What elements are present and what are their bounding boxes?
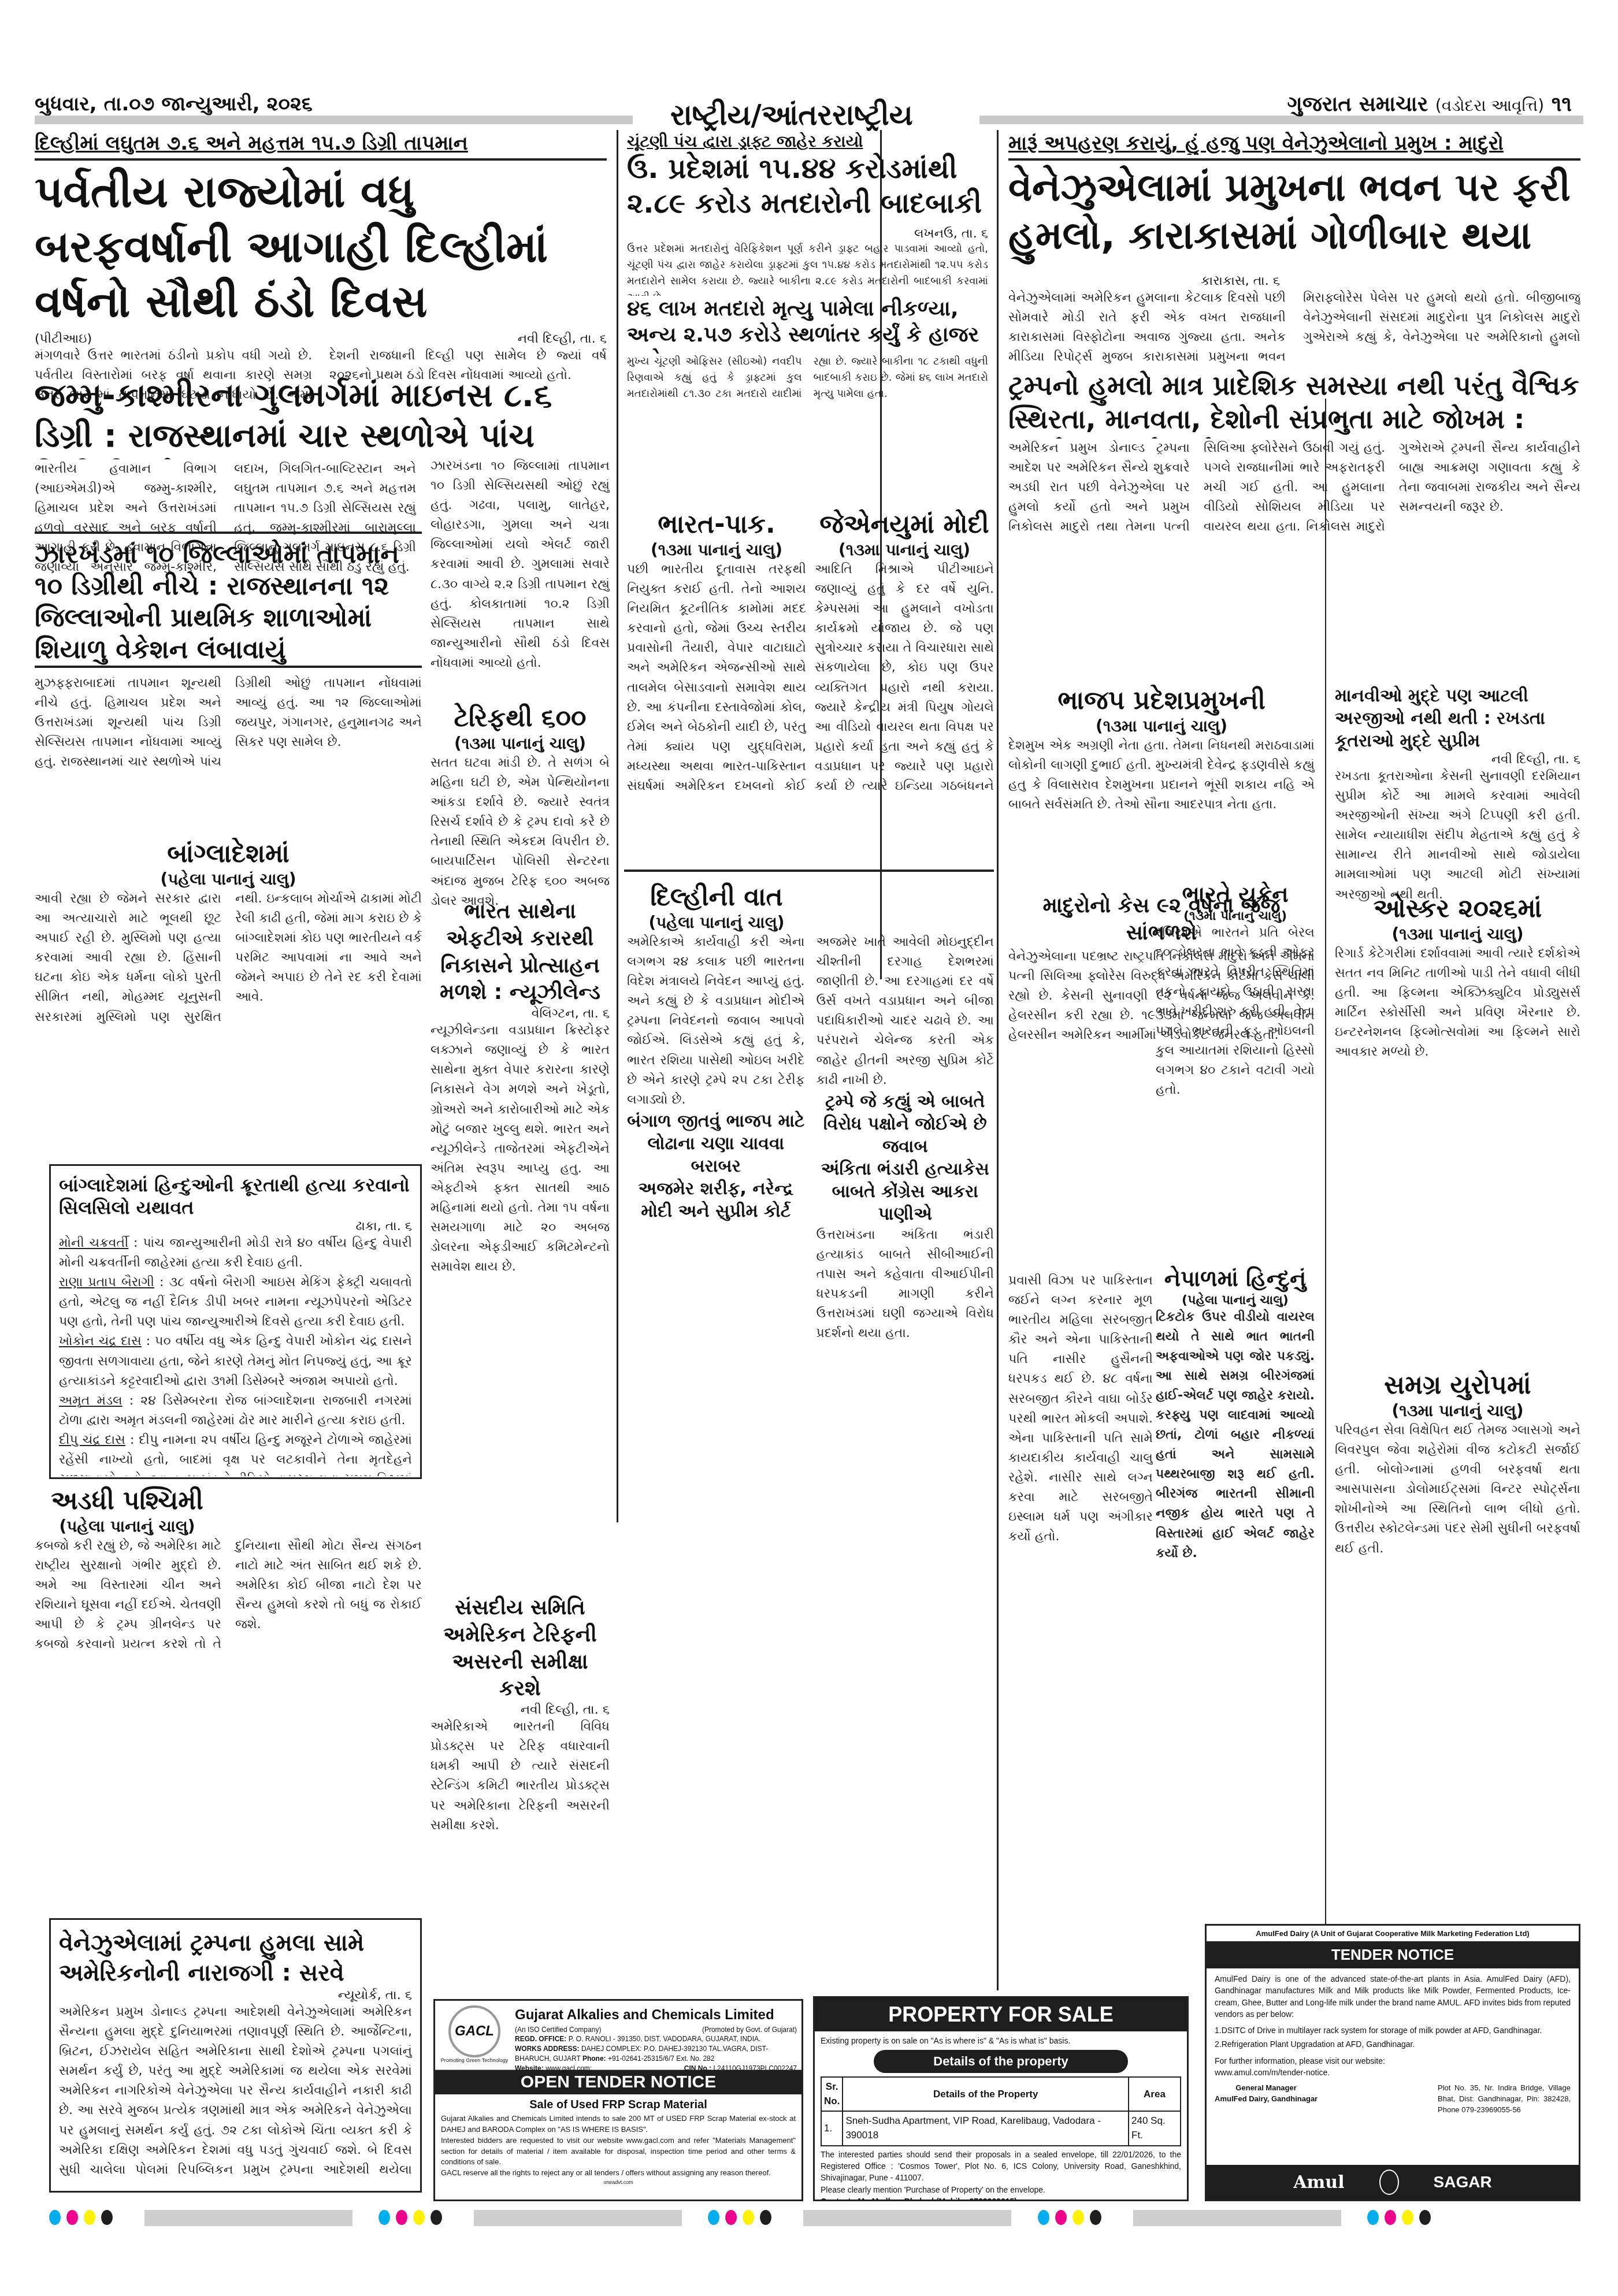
entry-name: દીપુ ચંદ્ર દાસ bbox=[59, 1433, 125, 1447]
paper-name: ગુજરાત સમાચાર bbox=[1287, 92, 1428, 116]
yellow-dot bbox=[413, 2210, 425, 2225]
yellow-dot bbox=[1402, 2210, 1413, 2225]
article-half-west: અડધી પશ્ચિમી (પહેલા પાનાનું ચાલુ) કબજો ક… bbox=[35, 1485, 422, 1964]
headline: વેનેઝુએલામાં પ્રમુખના ભવન પર ફરી હુમલો, … bbox=[1008, 164, 1580, 274]
headline: પર્વતીય રાજ્યોમાં વધુ બરફવર્ષાની આગાહી દ… bbox=[35, 164, 607, 332]
article-body: આવી રહ્યા છે જેમને સરકાર દ્વારા આ અત્યાચ… bbox=[35, 889, 422, 1132]
continued-label: (૧૩મા પાનાનું ચાલુ) bbox=[815, 540, 994, 560]
headline: જમ્મુ-કાશ્મીરના ગુલમર્ગમાં માઇનસ ૮.૬ ડિગ… bbox=[35, 376, 607, 459]
ad-property-sale: PROPERTY FOR SALE Existing property is o… bbox=[813, 1996, 1189, 2201]
headline: ઉ. પ્રદેશમાં ૧૫.૪૪ કરોડમાંથી ૨.૮૯ કરોડ મ… bbox=[627, 151, 988, 226]
article-parliament: સંસદીય સમિતિ અમેરિકન ટેરિફની અસરની સમીક્… bbox=[431, 1595, 610, 2035]
edition: (વડોદરા આવૃત્તિ) bbox=[1435, 96, 1544, 115]
headline: અડધી પશ્ચિમી bbox=[35, 1485, 220, 1517]
black-dot bbox=[760, 2210, 771, 2225]
dateline: નવી દિલ્હી, તા. ૬ bbox=[1335, 752, 1580, 767]
article-ukraine: ભારતે યુક્રેન (૧૩મા પાનાનું ચાલુ) રશિયાએ… bbox=[1156, 881, 1315, 1247]
website-link[interactable]: www.gacl.com; bbox=[545, 2064, 592, 2072]
article-jnu: જેએનયુમાં મોદી (૧૩મા પાનાનું ચાલુ) આદિતિ… bbox=[815, 508, 994, 797]
article-body: વેનેઝુએલામાં અમેરિકન હુમલાના કેટલાક દિવસ… bbox=[1008, 288, 1580, 369]
continued-label: (૧૩મા પાનાનું ચાલુ) bbox=[1335, 924, 1580, 944]
cell-details: Sneh-Sudha Apartment, VIP Road, Kareliba… bbox=[843, 2111, 1129, 2145]
entries-list: મોની ચક્રવર્તી : પાંચ જાન્યુઆરીની મોડી ર… bbox=[59, 1234, 412, 1476]
article-europe: સમગ્ર યુરોપમાં (૧૩મા પાનાનું ચાલુ) પરિવહ… bbox=[1335, 1369, 1580, 1941]
grey-bar bbox=[803, 2210, 1011, 2226]
headline: ભારત સાથેના એફટીએ કરારથી નિકાસને પ્રોત્સ… bbox=[431, 898, 610, 1006]
dateline: લખનઉ, તા. ૬ bbox=[627, 226, 988, 241]
regd-label: REGD. OFFICE: bbox=[515, 2035, 566, 2043]
signatory-title: General Manager bbox=[1215, 2083, 1318, 2094]
details-pill: Details of the property bbox=[874, 2050, 1128, 2073]
gacl-logo: GACL Promoting Green Technology bbox=[440, 2005, 509, 2065]
magenta-dot bbox=[396, 2210, 407, 2225]
yellow-dot bbox=[84, 2210, 95, 2225]
headline: બાંગ્લાદેશમાં હિન્દુઓની ક્રૂરતાથી હત્યા … bbox=[59, 1174, 412, 1219]
entry-name: અમૃત મંડલ bbox=[59, 1394, 123, 1408]
more-info: For further information, please visit ou… bbox=[1215, 2055, 1571, 2067]
ad-amul-tender: AmulFed Dairy (A Unit of Gujarat Coopera… bbox=[1205, 1924, 1580, 2201]
company-name: Gujarat Alkalies and Chemicals Limited bbox=[515, 2005, 797, 2025]
contact-line: Contact - Mr. Madhav Bhabad (Mobile: 976… bbox=[821, 2195, 1181, 2201]
article-venezuela: મારૂં અપહરણ કરાયું, હું હજુ પણ વેનેઝુએલા… bbox=[1008, 132, 1580, 681]
phone-label: Phone: bbox=[582, 2054, 606, 2063]
article-up-voters: ચૂંટણી પંચ દ્વારા ડ્રાફ્ટ જાહેર કરાયો ઉ.… bbox=[627, 132, 988, 452]
dateline: ઢાકા, તા. ૬ bbox=[59, 1219, 412, 1234]
article-oscar: ઓસ્કર ૨૦૨૬માં (૧૩મા પાનાનું ચાલુ) રિગાર્… bbox=[1335, 893, 1580, 1406]
headline: ટેરિફથી ૬૦૦ bbox=[431, 702, 610, 734]
cyan-dot bbox=[1038, 2210, 1049, 2225]
article-india-pak: ભારત-પાક. (૧૩મા પાનાનું ચાલુ) પછી ભારતીય… bbox=[627, 508, 806, 797]
headline: સંસદીય સમિતિ અમેરિકન ટેરિફની અસરની સમીક્… bbox=[431, 1595, 610, 1703]
ad-paragraph: GACL reserve all the rights to reject an… bbox=[441, 2168, 796, 2179]
amul-logo: Amul bbox=[1293, 2172, 1344, 2193]
tender-banner: OPEN TENDER NOTICE bbox=[435, 2070, 801, 2094]
article-body: અમેરિકાએ કાર્યવાહી કરી એના લગભગ ૨૪ કલાક … bbox=[627, 932, 805, 1110]
page-number: ૧૧ bbox=[1552, 92, 1572, 116]
rule bbox=[624, 870, 994, 872]
continued-label: (પહેલા પાનાનું ચાલુ) bbox=[1156, 1293, 1315, 1307]
sagar-logo: SAGAR bbox=[1434, 2173, 1492, 2191]
ad-subtitle: Sale of Used FRP Scrap Material bbox=[441, 2097, 796, 2113]
cin-label: CIN No.: bbox=[684, 2064, 711, 2072]
cell-sr: 1. bbox=[821, 2111, 843, 2145]
ad-paragraph: Please clearly mention 'Purchase of Prop… bbox=[821, 2184, 1181, 2195]
kicker: દિલ્હીમાં લઘુતમ ૭.૬ અને મહત્તમ ૧૫.૭ ડિગ્… bbox=[35, 132, 607, 155]
works-label: WORKS ADDRESS: bbox=[515, 2045, 580, 2053]
entry: ખોકોન ચંદ્ર દાસ : ૫૦ વર્ષીય વધુ એક હિન્દ… bbox=[59, 1332, 412, 1391]
column-rule bbox=[617, 130, 618, 1522]
article-jharkhand: ઝારખંડમાં ૧૦ જિલ્લાઓમાં તાપમાન ૧૦ ડિગ્રી… bbox=[35, 532, 422, 824]
article-body: રશિયાએ ભારતને પ્રતિ બેરલ ૬૦ ડોલરના ભાવે … bbox=[1156, 923, 1315, 1247]
dateline: વેલિંગ્ટન, તા. ૬ bbox=[431, 1006, 610, 1021]
table-row: 1. Sneh-Sudha Apartment, VIP Road, Karel… bbox=[821, 2111, 1181, 2145]
article-nepal: નેપાળમાં હિન્દુનું (પહેલા પાનાનું ચાલુ) … bbox=[1156, 1265, 1315, 1931]
ad-body: Existing property is on sale on "As is w… bbox=[815, 2031, 1187, 2201]
article-body: ઉત્તરાખંડના અંકિતા ભંડારી હત્યાકાંડ બાબત… bbox=[817, 1225, 994, 1344]
subhead: અજમેર શરીફ, નરેન્દ્ર મોદી અને સુપ્રીમ કો… bbox=[627, 1177, 805, 1223]
property-table: Sr. No. Details of the Property Area 1. … bbox=[821, 2076, 1181, 2146]
regd-address: P. O. RANOLI - 391350, DIST. VADODARA, G… bbox=[569, 2035, 761, 2043]
table-header-row: Sr. No. Details of the Property Area bbox=[821, 2077, 1181, 2111]
entry-name: મોની ચક્રવર્તી bbox=[59, 1236, 128, 1250]
grey-bar bbox=[144, 2210, 352, 2226]
ad-header: GACL Promoting Green Technology Gujarat … bbox=[435, 2001, 801, 2070]
rule bbox=[35, 666, 422, 668]
ad-paragraph: The interested parties should send their… bbox=[821, 2149, 1181, 2184]
company-info: Gujarat Alkalies and Chemicals Limited (… bbox=[509, 2005, 797, 2065]
black-dot bbox=[1419, 2210, 1431, 2225]
article-jharkhand-side: ઝારખંડના ૧૦ જિલ્લામાં તાપમાન ૧૦ ડિગ્રી સ… bbox=[431, 456, 610, 676]
headline: નેપાળમાં હિન્દુનું bbox=[1156, 1265, 1315, 1293]
cin: L24110GJ1973PLC002247 bbox=[713, 2064, 797, 2072]
tender-banner: TENDER NOTICE bbox=[1207, 1941, 1579, 1968]
magenta-dot bbox=[1055, 2210, 1067, 2225]
tender-item: 2.Refrigeration Plant Upgradation at AFD… bbox=[1215, 2038, 1571, 2050]
paper-identity: ગુજરાત સમાચાર (વડોદરા આવૃત્તિ) ૧૧ bbox=[1287, 92, 1572, 117]
rule bbox=[1008, 158, 1580, 161]
rule bbox=[35, 158, 607, 161]
entry-name: ખોકોન ચંદ્ર દાસ bbox=[59, 1334, 142, 1348]
agency-credit: oneadvt.com bbox=[441, 2179, 796, 2186]
cell-area: 240 Sq. Ft. bbox=[1129, 2111, 1181, 2145]
cyan-dot bbox=[378, 2210, 390, 2225]
subheadline: ટ્રમ્પનો હુમલો માત્ર પ્રાદેશિક સમસ્યા નથ… bbox=[1008, 369, 1580, 439]
gacl-logo-icon: GACL bbox=[448, 2005, 500, 2057]
cyan-dot bbox=[1367, 2210, 1379, 2225]
tender-url[interactable]: www.amul.com/m/tender-notice. bbox=[1215, 2067, 1571, 2078]
dateline: નવી દિલ્હી, તા. ૬ bbox=[518, 332, 607, 346]
subheadline: ૪૬ લાખ મતદારો મૃત્યુ પામેલા નીકળ્યા, અન્… bbox=[627, 296, 988, 354]
phone: +91-02641-25315/6/7 Ext. No. 282 bbox=[608, 2054, 714, 2063]
article-body: મુખ્ય ચૂંટણી ઓફિસર (સીઇઓ) નવદીપ રિણવાએ ક… bbox=[627, 354, 988, 452]
article-body: મુઝફ્ફરાબાદમાં તાપમાન શૂન્યથી નીચે હતું.… bbox=[35, 674, 422, 824]
print-registration-marks bbox=[49, 2210, 1580, 2227]
issue-date: બુધવાર, તા.૦૭ જાન્યુઆરી, ૨૦૨૬ bbox=[35, 92, 313, 116]
property-banner: PROPERTY FOR SALE bbox=[815, 1998, 1187, 2031]
entry: અમૃત મંડલ : ૨૪ ડિસેમ્બરના રોજ બાંગ્લાદેશ… bbox=[59, 1391, 412, 1431]
emblem-icon bbox=[1379, 2169, 1399, 2195]
kicker: ચૂંટણી પંચ દ્વારા ડ્રાફ્ટ જાહેર કરાયો bbox=[627, 132, 988, 151]
yellow-dot bbox=[743, 2210, 754, 2225]
entry: મોની ચક્રવર્તી : પાંચ જાન્યુઆરીની મોડી ર… bbox=[59, 1234, 412, 1273]
subhead: અંકિતા ભંડારી હત્યાકેસ બાબતે કોંગ્રેસ આક… bbox=[817, 1158, 994, 1225]
article-sarabjit: પ્રવાસી વિઝા પર પાકિસ્તાન જઈને લગ્ન કરના… bbox=[1008, 1271, 1153, 1907]
black-dot bbox=[431, 2210, 442, 2225]
magenta-dot bbox=[725, 2210, 737, 2225]
article-bjp-chief: ભાજપ પ્રદેશપ્રમુખની (૧૩મા પાનાનું ચાલુ) … bbox=[1008, 685, 1315, 880]
article-body: ન્યૂઝીલેન્ડના વડાપ્રધાન ક્રિસ્ટોફર લક્ઝા… bbox=[431, 1021, 610, 1500]
article-body: અમેરિકાએ ભારતની વિવિધ પ્રોડક્ટ્સ પર ટેરિ… bbox=[431, 1717, 610, 2035]
masthead-bar-right bbox=[979, 116, 1583, 124]
magenta-dot bbox=[1385, 2210, 1396, 2225]
article-body: કબજો કરી રહ્યું છે, જે અમેરિકા માટે રાષ્… bbox=[35, 1536, 422, 1964]
ad-intro: Existing property is on sale on "As is w… bbox=[821, 2035, 1181, 2046]
boxed-article-survey: વેનેઝુએલામાં ટ્રમ્પના હુમલા સામે અમેરિકન… bbox=[49, 1918, 422, 2193]
continued-label: (પહેલા પાનાનું ચાલુ) bbox=[627, 913, 806, 932]
subhead: બંગાળ જીતવું ભાજપ માટે લોઢાના ચણા ચાવવા … bbox=[627, 1110, 805, 1177]
ad-gacl-tender: GACL Promoting Green Technology Gujarat … bbox=[433, 1999, 803, 2201]
article-bangladesh-cont: બાંગ્લાદેશમાં (પહેલા પાનાનું ચાલુ) આવી ર… bbox=[35, 838, 422, 1132]
ad-body: Sale of Used FRP Scrap Material Gujarat … bbox=[435, 2094, 801, 2189]
headline: ભારત-પાક. bbox=[627, 508, 806, 540]
headline: ઓસ્કર ૨૦૨૬માં bbox=[1335, 893, 1580, 924]
article-body: પછી ભારતીય દૂતાવાસ તરફથી નિયુક્ત કરાઈ હત… bbox=[627, 560, 806, 797]
ad-paragraph: Interested bidders are requested to visi… bbox=[441, 2135, 796, 2168]
article-body: પરિવહન સેવા વિક્ષેપિત થઈ તેમજ ગ્લાસગો અન… bbox=[1335, 1421, 1580, 1941]
address: Plot No. 35, Nr. Indira Bridge, Village … bbox=[1438, 2083, 1571, 2116]
black-dot bbox=[101, 2210, 113, 2225]
column-rule bbox=[997, 130, 999, 1990]
article-body: ઝારખંડના ૧૦ જિલ્લામાં તાપમાન ૧૦ ડિગ્રી સ… bbox=[431, 456, 610, 676]
article-body: ઉત્તર પ્રદેશમાં મતદારોનું વેરિફિકેશન પૂર… bbox=[627, 241, 988, 296]
logo-tagline: Promoting Green Technology bbox=[440, 2057, 509, 2063]
tender-item: 1.DSITC of Drive in multilayer rack syst… bbox=[1215, 2024, 1571, 2036]
col-header: Area bbox=[1129, 2077, 1181, 2111]
article-columns: અમેરિકાએ કાર્યવાહી કરી એના લગભગ ૨૪ કલાક … bbox=[627, 932, 994, 1747]
entry: દીપુ ચંદ્ર દાસ : દીપુ નામના ૨૫ વર્ષીય હિ… bbox=[59, 1431, 412, 1476]
ad-paragraph: Gujarat Alkalies and Chemicals Limited i… bbox=[441, 2113, 796, 2135]
headline: બાંગ્લાદેશમાં bbox=[35, 838, 422, 870]
headline: ભાજપ પ્રદેશપ્રમુખની bbox=[1008, 685, 1315, 716]
section-title: રાષ્ટ્રીય/આંતરરાષ્ટ્રીય bbox=[670, 98, 913, 132]
article-supreme-court: માનવીઓ મુદ્દે પણ આટલી અરજીઓ નથી થતી : રખ… bbox=[1335, 685, 1580, 928]
cyan-dot bbox=[708, 2210, 719, 2225]
continued-label: (૧૩મા પાનાનું ચાલુ) bbox=[431, 734, 610, 753]
article-body: રિગાર્ડ કેટેગરીમાં દર્શાવવામાં આવી ત્યાર… bbox=[1335, 944, 1580, 1406]
headline: ઝારખંડમાં ૧૦ જિલ્લાઓમાં તાપમાન ૧૦ ડિગ્રી… bbox=[35, 538, 422, 666]
entry-name: રાણા પ્રતાપ બૈરાગી bbox=[59, 1275, 154, 1290]
entry: રાણા પ્રતાપ બૈરાગી : ૩૮ વર્ષનો બૈરાગી આઇ… bbox=[59, 1273, 412, 1332]
byline: (પીટીઆઇ) નવી દિલ્હી, તા. ૬ bbox=[35, 332, 607, 346]
headline: ભારતે યુક્રેન bbox=[1156, 881, 1315, 909]
yellow-dot bbox=[1073, 2210, 1084, 2225]
ad-paragraph: AmulFed Dairy is one of the advanced sta… bbox=[1215, 1973, 1571, 2020]
continued-label: (પહેલા પાનાનું ચાલુ) bbox=[35, 1517, 220, 1536]
article-nz-fta: ભારત સાથેના એફટીએ કરારથી નિકાસને પ્રોત્સ… bbox=[431, 898, 610, 1500]
subhead: ટ્રમ્પે જે કહ્યું એ બાબતે વિરોધ પક્ષોને … bbox=[817, 1090, 994, 1158]
continued-label: (૧૩મા પાનાનું ચાલુ) bbox=[1008, 716, 1315, 736]
kicker: મારૂં અપહરણ કરાયું, હું હજુ પણ વેનેઝુએલા… bbox=[1008, 132, 1580, 155]
article-body: પ્રવાસી વિઝા પર પાકિસ્તાન જઈને લગ્ન કરના… bbox=[1008, 1271, 1153, 1907]
source: (પીટીઆઇ) bbox=[35, 332, 92, 346]
brand-strip: Amul SAGAR bbox=[1207, 2165, 1579, 2200]
masthead-bar-left bbox=[35, 116, 633, 124]
dateline: કારાકાસ, તા. ૬ bbox=[1008, 274, 1280, 288]
black-dot bbox=[1090, 2210, 1101, 2225]
cyan-dot bbox=[49, 2210, 61, 2225]
website-label: Website: bbox=[515, 2064, 544, 2072]
ad-header: AmulFed Dairy (A Unit of Gujarat Coopera… bbox=[1207, 1926, 1579, 1941]
grey-bar bbox=[474, 2210, 682, 2226]
continued-label: (૧૩મા પાનાનું ચાલુ) bbox=[627, 540, 806, 560]
col-header: Details of the Property bbox=[843, 2077, 1129, 2111]
rule bbox=[35, 532, 422, 534]
article-body: અમેરિકન પ્રમુખ ડોનાલ્ડ ટ્રમ્પના આદેશથી વ… bbox=[59, 2003, 412, 2176]
promoted-note: (Promoted by Govt. of Gujarat) bbox=[702, 2025, 797, 2035]
article-delhi-ni-vaat: દિલ્હીની વાત (પહેલા પાનાનું ચાલુ) અમેરિક… bbox=[627, 881, 994, 1747]
headline: જેએનયુમાં મોદી bbox=[815, 508, 994, 540]
boxed-article-hindu-killings: બાંગ્લાદેશમાં હિન્દુઓની ક્રૂરતાથી હત્યા … bbox=[49, 1164, 422, 1479]
col-header: Sr. No. bbox=[821, 2077, 843, 2111]
article-tariff: ટેરિફથી ૬૦૦ (૧૩મા પાનાનું ચાલુ) સતત ઘટવા… bbox=[431, 702, 610, 909]
headline: વેનેઝુએલામાં ટ્રમ્પના હુમલા સામે અમેરિકન… bbox=[59, 1928, 412, 1988]
dateline: નવી દિલ્હી, તા. ૬ bbox=[431, 1703, 610, 1717]
signature-block: General ManagerAmulFed Dairy, Gandhinaga… bbox=[1215, 2083, 1571, 2116]
article-body: આદિતિ મિશ્રાએ પીટીઆઇને જણાવ્યું હતું કે … bbox=[815, 560, 994, 797]
signatory-org: AmulFed Dairy, Gandhinagar bbox=[1215, 2094, 1318, 2105]
continued-label: (૧૩મા પાનાનું ચાલુ) bbox=[1156, 909, 1315, 923]
article-body: અજમેર ખાતે આવેલી મોઇનુદ્દીન ચીશ્તીની દરગ… bbox=[817, 932, 994, 1090]
headline: માનવીઓ મુદ્દે પણ આટલી અરજીઓ નથી થતી : રખ… bbox=[1335, 685, 1580, 752]
dateline: ન્યૂયોર્ક, તા. ૬ bbox=[59, 1988, 412, 2003]
continued-label: (પહેલા પાનાનું ચાલુ) bbox=[35, 870, 422, 889]
article-body: અમેરિકન પ્રમુખ ડોનાલ્ડ ટ્રમ્પના આદેશ પર … bbox=[1008, 439, 1580, 681]
ad-body: AmulFed Dairy is one of the advanced sta… bbox=[1207, 1968, 1579, 2120]
iso-note: (An ISO Certified Company) bbox=[515, 2025, 601, 2035]
article-body: સતત ઘટવા માંડી છે. તે સળંગ બે મહિના ઘટી … bbox=[431, 753, 610, 909]
article-body: દેશમુખ એક અગ્રણી નેતા હતા. તેમના નિધનથી … bbox=[1008, 736, 1315, 880]
article-body: ટિકટોક ઉપર વીડીયો વાયરલ થયો તે સાથે ભાત … bbox=[1156, 1307, 1315, 1931]
continued-label: (૧૩મા પાનાનું ચાલુ) bbox=[1335, 1401, 1580, 1421]
grey-bar bbox=[1133, 2210, 1341, 2226]
magenta-dot bbox=[66, 2210, 78, 2225]
headline: દિલ્હીની વાત bbox=[627, 881, 806, 913]
headline: સમગ્ર યુરોપમાં bbox=[1335, 1369, 1580, 1401]
